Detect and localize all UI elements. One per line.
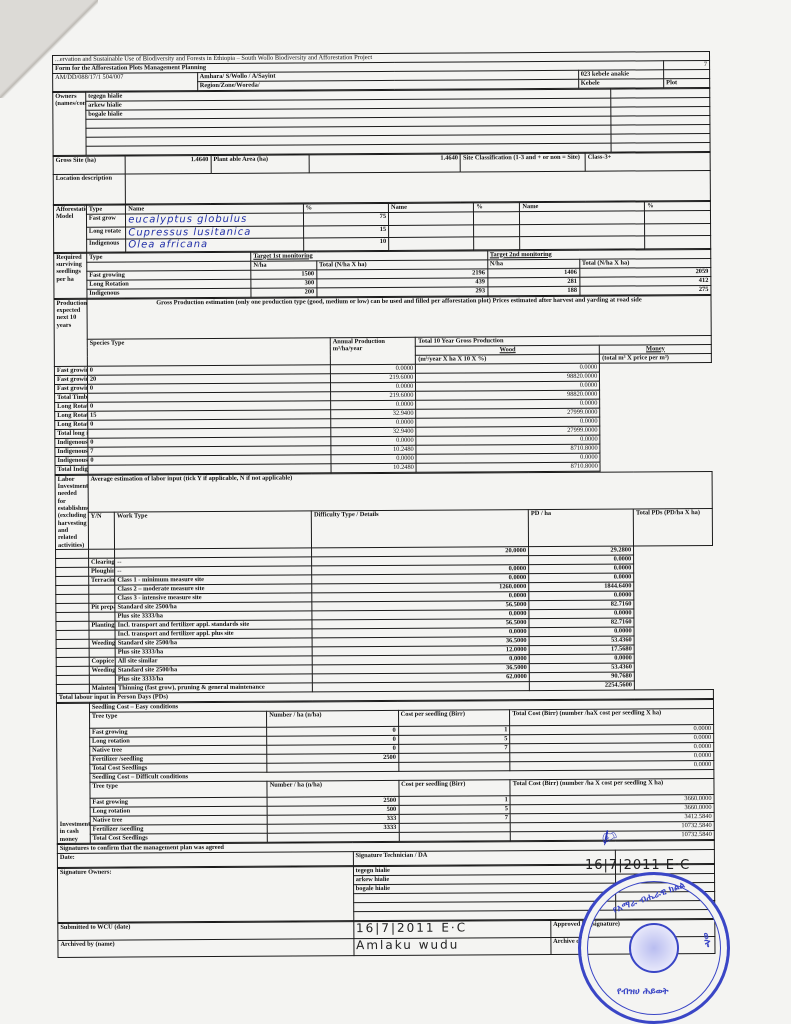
yn-cell [56, 621, 89, 630]
work-type: Terracing, Water harvesting [89, 576, 115, 585]
t2: 275 [579, 285, 710, 295]
location-label: Location description [53, 174, 125, 204]
date-label: Date: [57, 852, 353, 868]
col-species: Species Type [87, 337, 330, 365]
technician-label: Signature Technician / DA [353, 850, 616, 866]
submitted-date: 16|7|2011 E·C [353, 921, 550, 939]
yn-cell [56, 558, 89, 567]
model-label: Afforestation Model [53, 205, 86, 252]
model-species: Olea africana [126, 238, 303, 252]
n2: 188 [488, 286, 580, 296]
plot-number: 7 [664, 60, 710, 69]
yn-cell [56, 549, 89, 558]
work-type: Clearing [88, 558, 114, 567]
production-table: Production expected next 10 years Gross … [53, 294, 712, 474]
species-type: Indigenous trees (good) [55, 438, 88, 447]
species-type: Fast growing (low) [55, 384, 88, 393]
col-cost: Cost per seedling (Birr) [398, 710, 510, 727]
plantable-value: 1.4640 [309, 154, 460, 173]
yn-cell [56, 630, 89, 639]
col-total-cost: Total Cost (Birr) (number /ha X cost per… [510, 779, 714, 796]
classification-value: Class-3+ [585, 152, 710, 171]
model-type: Indigenous [86, 239, 125, 252]
yn-cell [56, 675, 89, 684]
wood-volume: 10.2480 [331, 463, 416, 473]
col-annual: Annual Production m³/ha/year [330, 337, 416, 365]
afforestation-model-table: Afforestation Model Type Name % Name % N… [53, 201, 711, 253]
submitted-label: Submitted to WCU (date) [58, 922, 354, 941]
col-number: Number / ha (n/ha) [267, 780, 398, 797]
col-tree-type: Tree type [90, 781, 267, 798]
yn-cell [56, 639, 89, 648]
yn-cell [56, 585, 89, 594]
production-label: Production expected next 10 years [54, 299, 87, 366]
yn-cell [56, 666, 89, 675]
species-type: Total Timber production after 10 years [55, 393, 88, 402]
model-species: Cupressus lusitanica [126, 225, 303, 239]
col-work: Work Type [114, 511, 311, 550]
species-type: Indigenous trees (low) [55, 456, 88, 465]
work-type [89, 585, 115, 594]
work-type: Pit preparation [89, 603, 115, 612]
yn-cell [56, 612, 89, 621]
work-type: Planting [89, 621, 115, 630]
work-type: Weeding year 1 [89, 639, 115, 648]
labor-table: Labor Investments needed for establishme… [55, 470, 714, 703]
money-value: 8710.8000 [416, 462, 600, 472]
model-pct: 75 [303, 212, 388, 225]
model-pct: 15 [303, 225, 388, 238]
seedlings-label: Required surviving seedlings per ha [54, 253, 87, 298]
stamp-text-bottom: የብዝሀ ሕይወት [617, 987, 669, 997]
plot-code: AM/DD/088/17/1 504/007 [53, 73, 198, 92]
t1: 293 [317, 286, 488, 296]
number-per-ha [267, 832, 398, 842]
col-cost: Cost per seedling (Birr) [399, 780, 511, 797]
yn-cell [56, 684, 89, 693]
work-type [89, 612, 115, 621]
work-type [89, 594, 115, 603]
labor-caption: Average estimation of labor input (tick … [88, 471, 712, 512]
required-seedlings-table: Required surviving seedlings per ha Type… [53, 248, 711, 298]
yn-cell [56, 567, 89, 576]
owners-table: Owners (names/contacts)tegegn hialie ark… [52, 88, 710, 156]
col-total-cost: Total Cost (Birr) (number /haX cost per … [510, 709, 714, 726]
investment-table: Investment in cash moneySeedling Cost – … [56, 699, 715, 844]
archive-date-value: 16|7|2011 E·C [585, 858, 690, 873]
owners-label: Owners (names/contacts) [53, 92, 86, 155]
model-pct: 10 [303, 237, 388, 250]
work-type [88, 549, 114, 558]
tree-type: Total Cost Seedlings [90, 833, 267, 843]
n1: 1500 [251, 269, 317, 278]
work-type: Weeding year 2-5 [89, 666, 115, 675]
col-nha: N/ha [251, 260, 317, 269]
work-type: Coppice management [89, 657, 115, 666]
form-header: ...ervation and Sustainable Use of Biodi… [52, 51, 710, 92]
yn-cell [56, 657, 89, 666]
yn-cell [56, 594, 89, 603]
official-stamp: የአማራ ብሔራዊ ክልል የብዝሀ ሕይወት ወሎ [578, 872, 730, 1024]
plantable-label: Plant able Area (ha) [211, 155, 310, 174]
kebele-label: Kebele [578, 79, 663, 89]
work-type [89, 675, 115, 684]
col-total-pds: Total PDs (PD/ha X ha) [633, 508, 712, 546]
col-tree-type: Tree type [89, 711, 266, 728]
archived-label: Archived by (name) [58, 939, 354, 958]
classification-label: Site Classification (1-3 and + or non = … [460, 153, 585, 172]
archived-name: Amlaku wudu [354, 938, 551, 956]
species-type: Long Rotation (medium) [55, 411, 88, 420]
production-note: Gross Production estimation (only one pr… [87, 295, 711, 339]
species-type: Long Rotation (low) [55, 420, 88, 429]
col-pct-2: % [474, 203, 520, 212]
investment-label: Investment in cash money [56, 703, 90, 843]
species-type: Total long rotate wood stocks 10 years [55, 429, 88, 438]
work-type [89, 630, 115, 639]
gross-site-value: 1.4640 [125, 156, 211, 175]
col-number: Number / ha (n/ha) [267, 710, 398, 727]
species-type: Fast growing (medium) [54, 375, 87, 384]
labor-label: Labor Investments needed for establishme… [55, 475, 88, 550]
col-difficulty: Difficulty Type / Details [312, 509, 529, 548]
n1: 300 [251, 278, 317, 287]
site-table: Gross Site (ha) 1.4640 Plant able Area (… [53, 152, 711, 205]
work-type: Maintenance [89, 684, 115, 693]
stamp-text-top: የአማራ ብሔራዊ ክልል [612, 880, 687, 915]
afforestation-form: ...ervation and Sustainable Use of Biodi… [52, 51, 716, 958]
work-type [89, 648, 115, 657]
stamp-text-side: ወሎ [700, 932, 712, 948]
col-yn: Y/N [88, 512, 114, 549]
stamp-emblem-icon [629, 923, 679, 973]
model-species: eucalyptus globulus [126, 213, 303, 227]
gross-site-label: Gross Site (ha) [53, 156, 125, 174]
yn-cell [56, 603, 89, 612]
col-pct-3: % [645, 201, 711, 210]
model-type: Fast grow [86, 214, 125, 227]
species-type: Indigenous trees (medium) [55, 447, 88, 456]
col-type: Type [86, 205, 125, 214]
col-pd: PD / ha [528, 509, 633, 547]
model-type: Long rotate [86, 227, 125, 240]
species-type: Total Indigenous wood stocks 10 years [55, 465, 88, 474]
species-type: Long Rotation (good) [55, 402, 88, 411]
seedling-type: Indigenous [87, 288, 251, 298]
cost-per-seedling [399, 832, 511, 842]
plot-label: Plot [664, 78, 710, 87]
work-type: Ploughing [88, 567, 114, 576]
yn-cell [56, 576, 89, 585]
owners-signature-label: Signature Owners: [57, 867, 353, 923]
yn-cell [56, 648, 89, 657]
n1: 200 [251, 287, 317, 296]
col-money-sub: (total m³ X price per m³) [600, 353, 712, 363]
species-type: Fast growing (good) [54, 366, 87, 375]
